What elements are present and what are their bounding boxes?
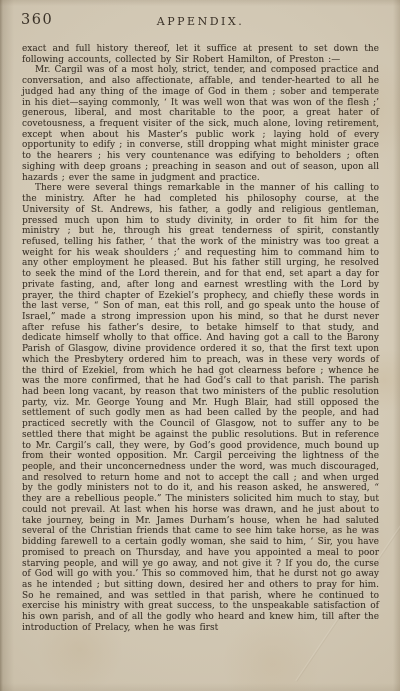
body-text: exact and full history thereof, let it s… [22, 44, 379, 634]
running-header: APPENDIX. [22, 15, 379, 28]
paragraph-character: Mr. Cargil was of a most holy, strict, t… [22, 65, 379, 183]
paragraph-calling: There were several things remarkable in … [22, 183, 379, 633]
book-page: 360 APPENDIX. exact and full history the… [0, 0, 400, 691]
paragraph-continuation: exact and full history thereof, let it s… [22, 44, 379, 65]
